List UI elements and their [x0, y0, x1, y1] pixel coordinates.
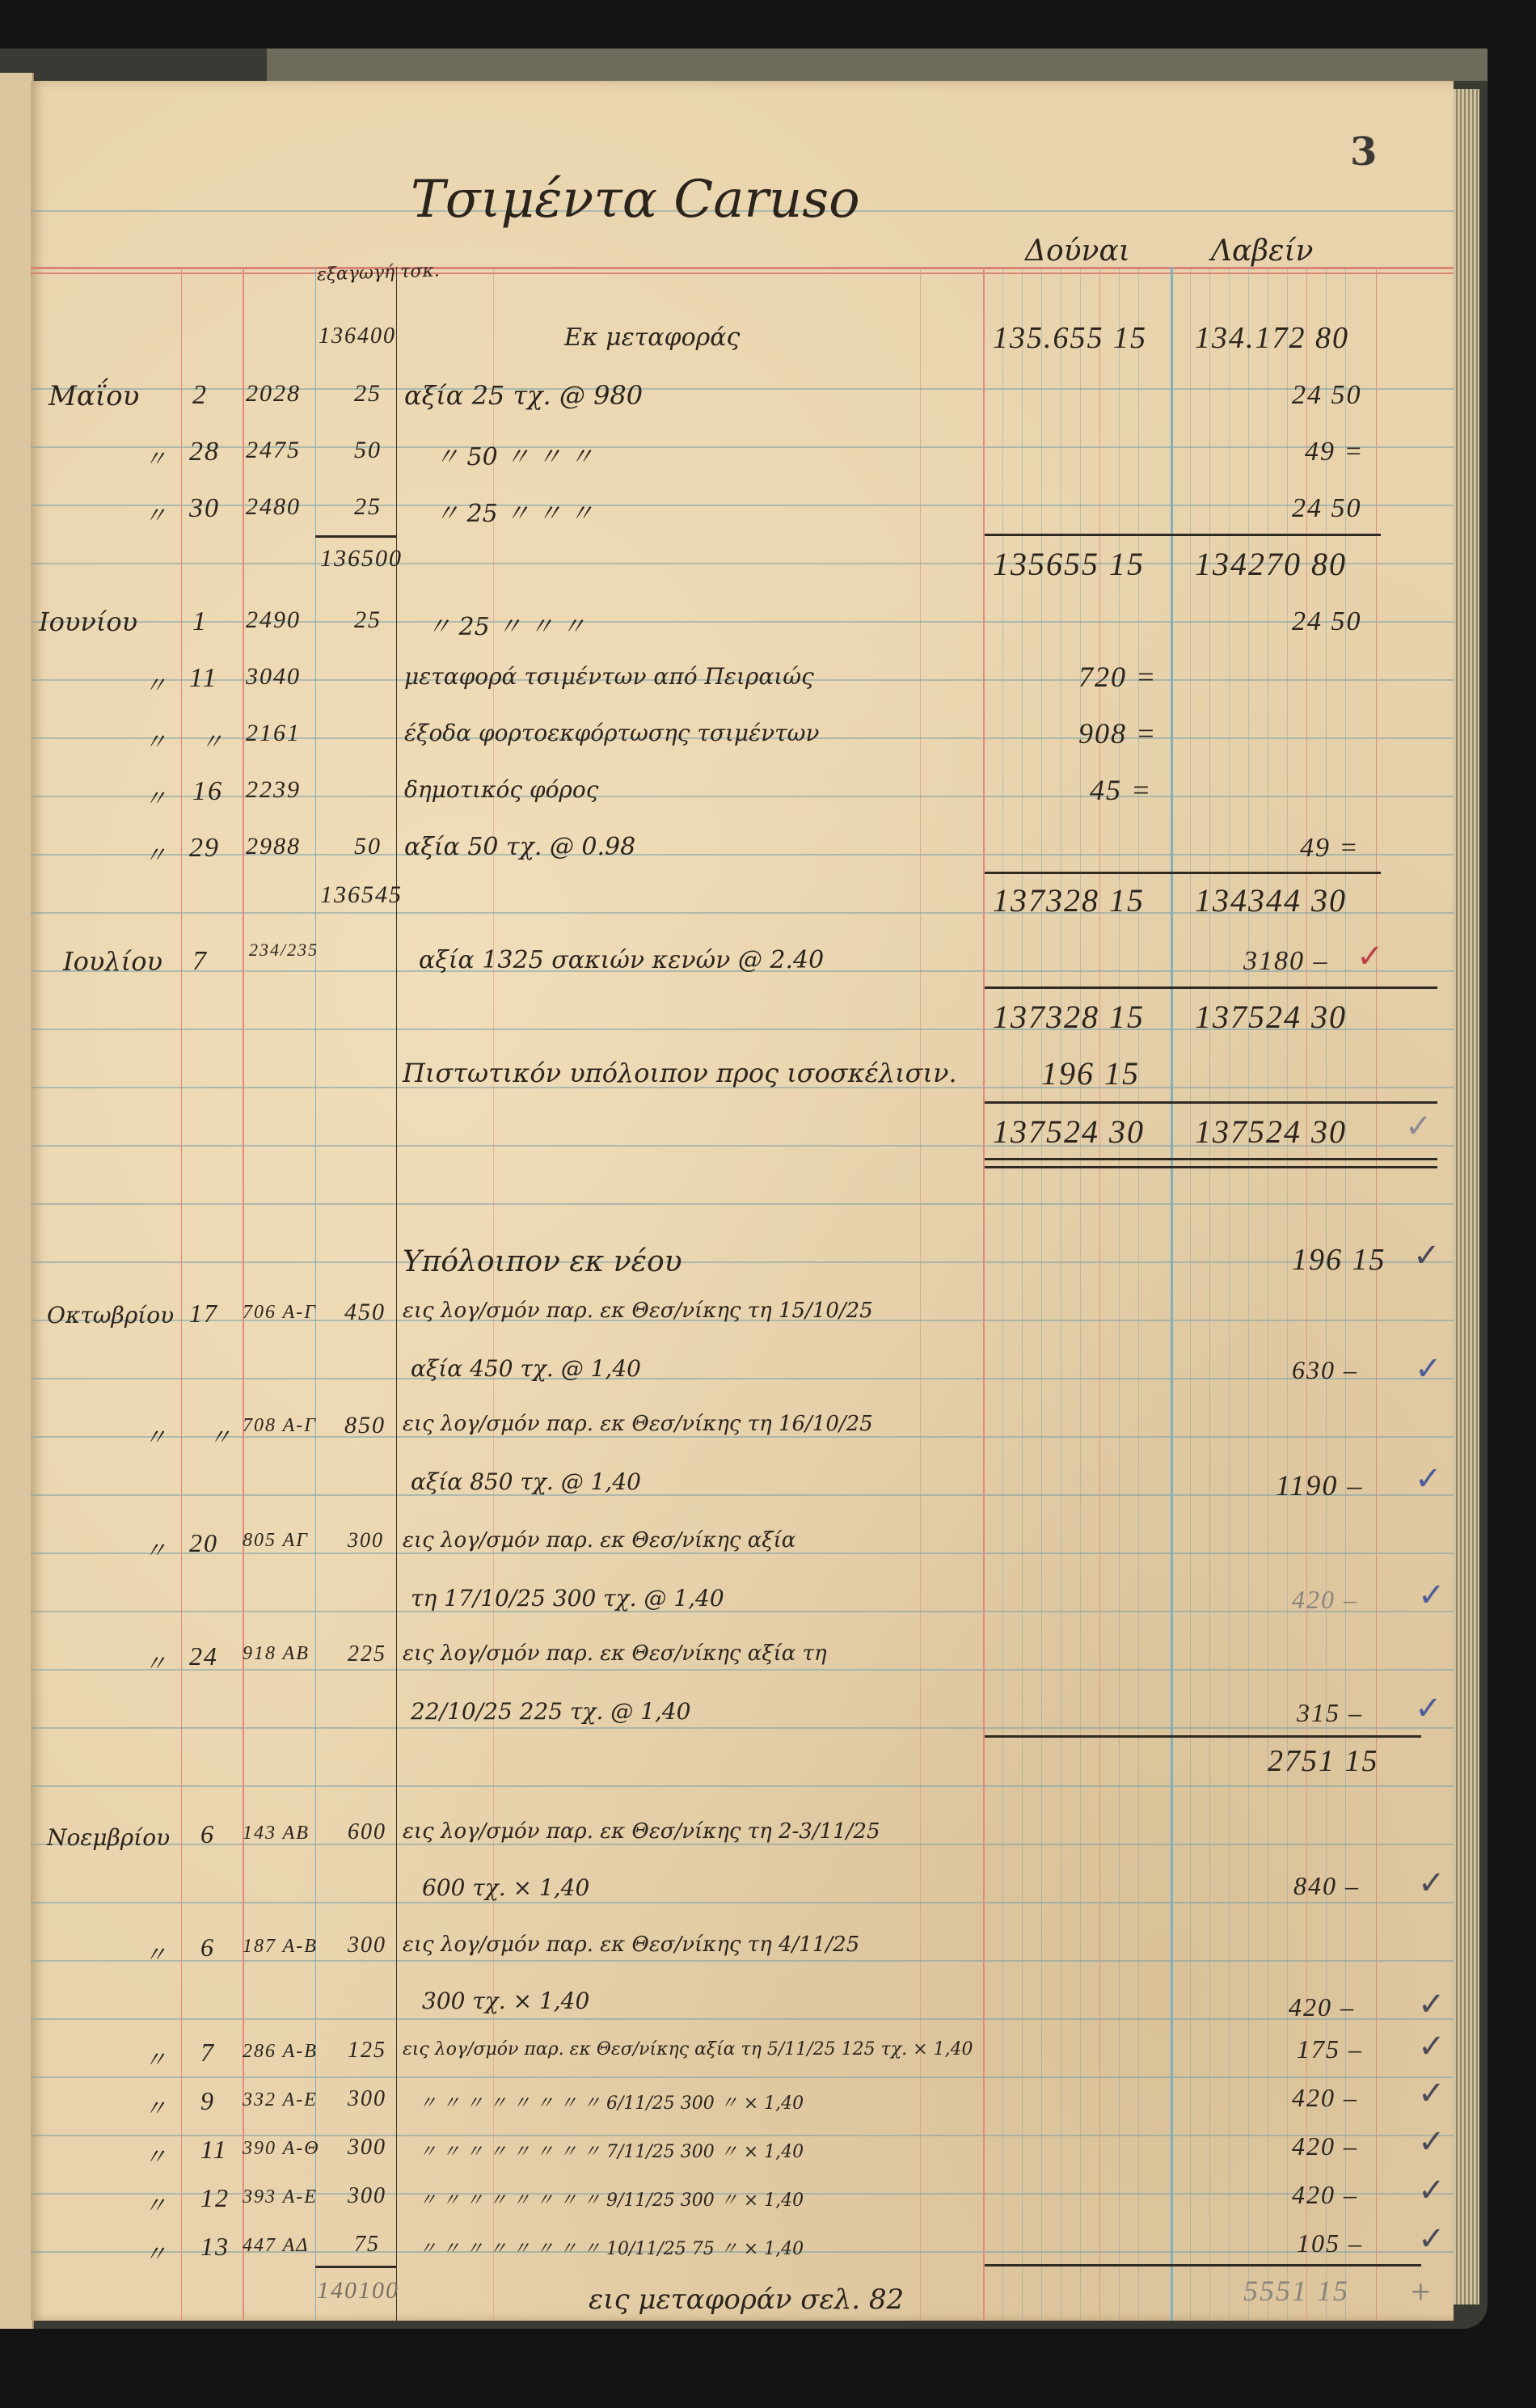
rule-line [31, 1785, 1454, 1787]
row-month: 〃 [144, 2091, 167, 2123]
row-description-line2: τη 17/10/25 300 τχ. @ 1,40 [411, 1585, 724, 1612]
row-qty: 300 [348, 1528, 384, 1553]
row-month: 〃 [144, 668, 167, 700]
row-day: 12 [200, 2183, 230, 2213]
row-credit: 105 – [1297, 2228, 1363, 2258]
row-credit: 840 – [1293, 1871, 1360, 1901]
col-rule-description [396, 267, 397, 2321]
row-description-line2: 600 τχ. × 1,40 [422, 1874, 589, 1901]
row-qty: 25 [354, 493, 382, 521]
row-credit: 3180 – [1243, 946, 1329, 977]
credit-column-label: Λαβείν [1211, 234, 1313, 268]
row-qty: 300 [348, 2183, 386, 2209]
row-month: 〃 [144, 1533, 167, 1565]
row-month: 〃 [144, 1937, 167, 1970]
check-mark-icon: ✓ [1418, 2123, 1445, 2161]
row-credit: 49 = [1305, 437, 1364, 467]
row-doc: 332 Α-Ε [243, 2089, 318, 2111]
row-description-line2: αξία 850 τχ. @ 1,40 [411, 1468, 641, 1495]
row-day: 11 [189, 663, 217, 694]
rule-line [31, 796, 1454, 797]
col-rule-doc [243, 267, 244, 2321]
row-month: 〃 [144, 441, 167, 474]
carry-to-label: εις μεταφοράν σελ. 82 [589, 2283, 904, 2316]
rule-line [31, 621, 1454, 623]
page-stack-edge [1454, 89, 1479, 2304]
row-description-line2: 300 τχ. × 1,40 [422, 1988, 589, 2014]
debit-column-label: Δούναι [1025, 234, 1130, 268]
row-qty: 450 [344, 1299, 386, 1326]
carry-forward-qty: 136400 [319, 323, 396, 349]
row-doc: 2028 [246, 380, 301, 408]
row-description: αξία 1325 σακιών κενών @ 2.40 [419, 946, 824, 974]
check-mark-icon: ✓ [1415, 1460, 1442, 1498]
row-day: 〃 [209, 1420, 231, 1452]
row-day: 13 [200, 2232, 230, 2262]
row-day: 〃 [200, 725, 223, 757]
subtotal-qty: 136545 [320, 881, 403, 909]
row-day: 11 [200, 2135, 228, 2165]
row-description: αξία 50 τχ. @ 0.98 [404, 833, 635, 861]
amount-subtotal-rule [985, 872, 1381, 874]
rule-line [31, 1727, 1454, 1729]
check-mark-icon: ✓ [1418, 1865, 1445, 1902]
subtotal-debit: 137328 15 [993, 881, 1145, 919]
row-day: 20 [189, 1528, 218, 1558]
check-mark-icon: ✓ [1418, 1986, 1445, 2023]
row-description-line1: εις λογ/σμόν παρ. εκ Θεσ/νίκης τη 16/10/… [403, 1412, 873, 1436]
amount-total-rule [985, 2264, 1421, 2266]
carry-forward-debit: 135.655 15 [993, 320, 1147, 356]
row-doc: 708 Α-Γ [243, 1415, 317, 1437]
row-month: 〃 [144, 1646, 167, 1679]
row-qty: 225 [348, 1641, 386, 1667]
row-credit: 24 50 [1292, 606, 1362, 637]
row-description-line1: 〃 〃 〃 〃 〃 〃 〃 〃 7/11/25 300 〃 × 1,40 [419, 2138, 804, 2163]
row-qty: 25 [354, 380, 382, 408]
check-mark-icon: ✓ [1357, 938, 1384, 975]
subtotal-qty: 136500 [320, 545, 403, 572]
row-month: 〃 [144, 2043, 167, 2075]
row-doc: 393 Α-Ε [243, 2186, 318, 2208]
new-balance-label: Υπόλοιπον εκ νέου [403, 1245, 682, 1278]
row-description: 〃 25 〃 〃 〃 [435, 493, 593, 529]
row-day: 7 [200, 2038, 215, 2068]
check-mark-icon: ✓ [1418, 2075, 1445, 2112]
row-doc: 390 Α-Θ [243, 2138, 320, 2160]
check-mark-icon: ✓ [1415, 1350, 1442, 1388]
row-doc: 805 ΑΓ [243, 1530, 309, 1552]
row-description-line1: εις λογ/σμόν παρ. εκ Θεσ/νίκης αξία τη [403, 1641, 827, 1666]
page-title: Τσιμέντα Caruso [411, 170, 860, 230]
check-mark-icon: ✓ [1413, 1237, 1441, 1274]
row-description-line1: εις λογ/σμόν παρ. εκ Θεσ/νίκης αξία [403, 1528, 795, 1553]
row-qty: 300 [348, 2135, 386, 2161]
rule-line [31, 1669, 1454, 1671]
amount-subtotal-rule [985, 534, 1381, 536]
row-month: Νοεμβρίου [47, 1824, 170, 1851]
header-red-rule [31, 267, 1454, 274]
row-day: 29 [189, 833, 220, 864]
row-credit: 24 50 [1292, 493, 1362, 524]
final-debit: 137524 30 [993, 1113, 1145, 1151]
row-description: μεταφορά τσιμέντων από Πειραιώς [404, 663, 814, 690]
october-subtotal-credit: 2751 15 [1268, 1743, 1379, 1779]
row-description-line2: 22/10/25 225 τχ. @ 1,40 [411, 1698, 691, 1725]
new-balance-credit: 196 15 [1292, 1242, 1386, 1278]
row-qty: 125 [348, 2038, 386, 2064]
rule-line [31, 1203, 1454, 1205]
check-mark-icon: ✓ [1418, 1577, 1445, 1614]
row-qty: 50 [354, 833, 382, 860]
row-month: Ιουνίου [39, 606, 137, 637]
rule-line [31, 505, 1454, 506]
row-doc: 447 ΑΔ [243, 2235, 309, 2257]
total-rule [985, 986, 1437, 989]
row-credit: 420 – [1292, 2180, 1358, 2210]
row-doc: 2480 [246, 493, 301, 521]
row-credit: 420 – [1292, 1585, 1358, 1615]
rule-line [31, 1553, 1454, 1554]
row-description-line2: αξία 450 τχ. @ 1,40 [411, 1355, 641, 1382]
row-qty: 50 [354, 437, 382, 464]
final-credit: 137524 30 [1195, 1113, 1347, 1151]
totals-debit: 137328 15 [993, 998, 1145, 1036]
rule-line [31, 2076, 1454, 2078]
row-credit: 24 50 [1292, 380, 1362, 411]
rule-line [31, 1494, 1454, 1496]
check-mark-icon: ✓ [1418, 2172, 1445, 2209]
row-day: 16 [192, 776, 223, 807]
row-day: 7 [192, 946, 208, 977]
grid-line [1190, 267, 1191, 2321]
ledger-page: 3 Τσιμέντα Caruso εξαγωγή τσκ. Δούναι Λα… [31, 81, 1454, 2321]
row-description: έξοδα φορτοεκφόρτωσης τσιμέντων [404, 720, 820, 746]
rule-line [31, 1902, 1454, 1903]
check-mark-icon: ✓ [1418, 2220, 1445, 2258]
row-description-line1: 〃 〃 〃 〃 〃 〃 〃 〃 6/11/25 300 〃 × 1,40 [419, 2089, 804, 2114]
row-day: 6 [200, 1933, 215, 1962]
row-credit: 1190 – [1276, 1468, 1363, 1502]
row-doc: 918 ΑΒ [243, 1643, 310, 1665]
row-month: 〃 [144, 781, 167, 813]
row-day: 9 [200, 2086, 215, 2116]
balance-label: Πιστωτικόν υπόλοιπον προς ισοσκέλισιν. [403, 1058, 957, 1088]
row-doc: 2239 [246, 776, 301, 804]
col-rule-qty [315, 267, 316, 2321]
row-qty: 300 [348, 2086, 386, 2112]
row-credit: 175 – [1297, 2034, 1363, 2064]
row-credit: 420 – [1289, 1992, 1355, 2022]
page-number: 3 [1350, 129, 1377, 175]
row-month: 〃 [144, 838, 167, 870]
row-qty: 600 [348, 1819, 386, 1845]
row-description-line1: 〃 〃 〃 〃 〃 〃 〃 〃 10/11/25 75 〃 × 1,40 [419, 2235, 804, 2260]
rule-line [31, 446, 1454, 448]
row-day: 2 [192, 380, 208, 411]
row-month: 〃 [144, 498, 167, 530]
row-doc: 706 Α-Γ [243, 1302, 317, 1324]
row-doc: 143 ΑΒ [243, 1823, 310, 1844]
row-doc: 286 Α-Β [243, 2041, 318, 2063]
col-rule-debit [983, 267, 985, 2321]
row-day: 1 [192, 606, 208, 637]
facing-page-edge [0, 73, 34, 2329]
rule-line [31, 1960, 1454, 1962]
row-month: Οκτωβρίου [47, 1302, 174, 1329]
carry-forward-credit: 134.172 80 [1195, 320, 1349, 356]
qty-column-label: εξαγωγή τσκ. [317, 260, 441, 285]
row-doc: 187 Α-Β [243, 1936, 318, 1958]
row-doc: 2490 [246, 606, 301, 634]
row-day: 28 [189, 437, 220, 467]
col-rule-end [1376, 267, 1377, 2321]
col-rule-desc-end [920, 267, 921, 2321]
rule-line [31, 1261, 1454, 1263]
subtotal-credit: 134270 80 [1195, 545, 1347, 583]
qty-subtotal-rule [315, 535, 396, 538]
row-credit: 315 – [1297, 1698, 1363, 1728]
rule-line [31, 388, 1454, 390]
double-total-rule [985, 1158, 1437, 1160]
subtotal-debit: 135655 15 [993, 545, 1145, 583]
qty-total-rule [315, 2266, 396, 2268]
row-month: 〃 [144, 2140, 167, 2172]
row-qty: 25 [354, 606, 382, 634]
row-doc: 2161 [246, 720, 301, 747]
row-debit: 720 = [1078, 660, 1157, 694]
balance-debit: 196 15 [1041, 1054, 1140, 1092]
rule-line [31, 1378, 1454, 1379]
row-month: Ιουλίου [63, 946, 162, 977]
cover-top-edge [267, 49, 1487, 81]
double-total-rule [985, 1166, 1437, 1168]
rule-line [31, 1611, 1454, 1612]
row-description-line1: εις λογ/σμόν παρ. εκ Θεσ/νίκης τη 15/10/… [403, 1299, 873, 1323]
row-month: 〃 [144, 1420, 167, 1452]
row-credit: 420 – [1292, 2083, 1358, 2113]
row-doc: 3040 [246, 663, 301, 691]
row-doc: 2475 [246, 437, 301, 464]
row-month: 〃 [144, 725, 167, 757]
check-mark-icon: ✓ [1405, 1108, 1433, 1145]
row-description: αξία 25 τχ. @ 980 [404, 380, 643, 411]
check-mark-icon: ✓ [1418, 2028, 1445, 2065]
col-rule-credit [1171, 267, 1173, 2321]
row-description-line1: εις λογ/σμόν παρ. εκ Θεσ/νίκης τη 4/11/2… [403, 1933, 859, 1957]
check-mark-icon: ✓ [1415, 1690, 1442, 1727]
row-credit: 49 = [1300, 833, 1359, 864]
totals-credit: 137524 30 [1195, 998, 1347, 1036]
amount-subtotal-rule [985, 1735, 1421, 1738]
row-month: 〃 [144, 2188, 167, 2220]
row-description: δημοτικός φόρος [404, 776, 598, 803]
row-credit: 420 – [1292, 2131, 1358, 2161]
row-credit: 630 – [1292, 1355, 1358, 1385]
rule-line [31, 2018, 1454, 2020]
footer-credit-total: 5551 15 [1243, 2274, 1349, 2308]
row-doc: 2988 [246, 833, 301, 860]
row-description-line1: εις λογ/σμόν παρ. εκ Θεσ/νίκης αξία τη 5… [403, 2039, 973, 2059]
row-qty: 300 [348, 1933, 386, 1958]
row-day: 24 [189, 1641, 218, 1671]
rule-line [31, 2135, 1454, 2136]
row-day: 30 [189, 493, 220, 524]
rule-line [31, 854, 1454, 855]
row-day: 6 [200, 1819, 215, 1849]
subtotal-credit: 134344 30 [1195, 881, 1347, 919]
row-debit: 45 = [1090, 773, 1152, 807]
row-description: 〃 50 〃 〃 〃 [435, 437, 593, 472]
row-month: Μαΐου [49, 380, 139, 412]
row-day: 17 [189, 1299, 218, 1329]
row-doc: 234/235 [249, 940, 319, 961]
col-rule-day [181, 267, 182, 2321]
row-month: 〃 [144, 2237, 167, 2269]
row-description-line1: εις λογ/σμόν παρ. εκ Θεσ/νίκης τη 2-3/11… [403, 1819, 880, 1844]
row-description-line1: 〃 〃 〃 〃 〃 〃 〃 〃 9/11/25 300 〃 × 1,40 [419, 2186, 804, 2212]
row-description: 〃 25 〃 〃 〃 [427, 606, 585, 642]
footer-plus-mark: + [1410, 2275, 1432, 2306]
total-rule [985, 1101, 1437, 1104]
row-qty: 850 [344, 1412, 386, 1439]
row-qty: 75 [354, 2232, 380, 2258]
row-debit: 908 = [1078, 716, 1157, 750]
carry-forward-label: Εκ μεταφοράς [564, 323, 740, 352]
footer-qty-total: 140100 [317, 2277, 399, 2304]
